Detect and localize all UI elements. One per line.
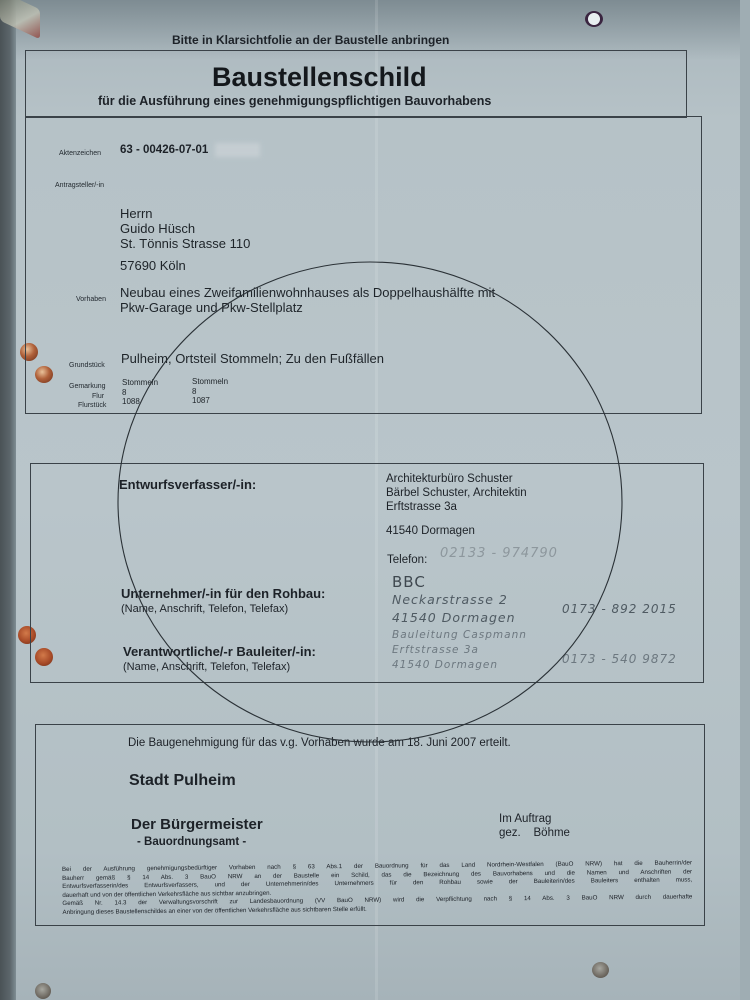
glare-circle — [0, 0, 750, 1000]
